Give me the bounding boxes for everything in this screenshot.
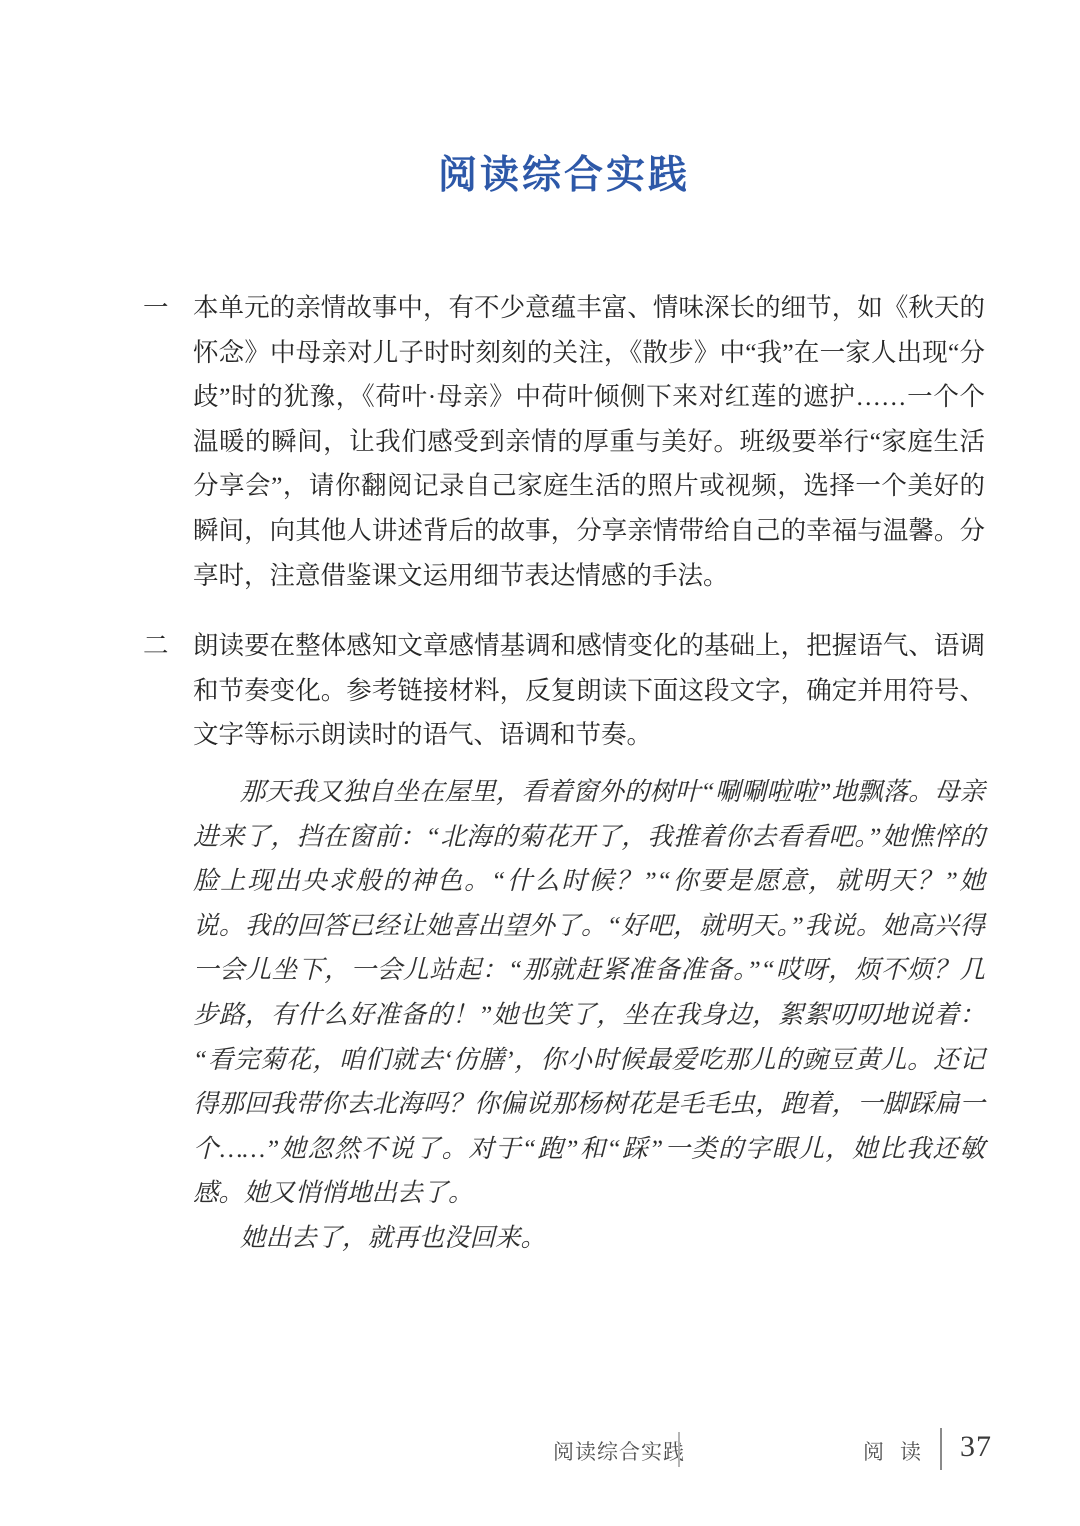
reading-passage-paragraph-2: 她出去了，就再也没回来。	[193, 1216, 985, 1261]
exercise-item-1: 一 本单元的亲情故事中，有不少意蕴丰富、情味深长的细节，如《秋天的怀念》中母亲对…	[143, 286, 985, 598]
page-footer: 阅读综合实践 阅读 37	[0, 1428, 1080, 1472]
exercise-item-2: 二 朗读要在整体感知文章感情基调和感情变化的基础上，把握语气、语调和节奏变化。参…	[143, 624, 985, 1260]
footer-unit-title: 阅读	[863, 1436, 937, 1466]
footer-page-number: 37	[960, 1430, 992, 1464]
page-content: 一 本单元的亲情故事中，有不少意蕴丰富、情味深长的细节，如《秋天的怀念》中母亲对…	[143, 286, 985, 1260]
textbook-page: 阅读综合实践 一 本单元的亲情故事中，有不少意蕴丰富、情味深长的细节，如《秋天的…	[0, 0, 1080, 1526]
footer-divider-right	[940, 1428, 942, 1470]
page-title: 阅读综合实践	[143, 150, 985, 202]
footer-divider-left	[678, 1432, 680, 1467]
item-2-body: 朗读要在整体感知文章感情基调和感情变化的基础上，把握语气、语调和节奏变化。参考链…	[193, 624, 985, 1260]
item-1-body: 本单元的亲情故事中，有不少意蕴丰富、情味深长的细节，如《秋天的怀念》中母亲对儿子…	[193, 286, 985, 598]
item-2-number: 二	[143, 624, 193, 669]
footer-section-title: 阅读综合实践	[553, 1436, 685, 1466]
item-2-text: 朗读要在整体感知文章感情基调和感情变化的基础上，把握语气、语调和节奏变化。参考链…	[193, 624, 985, 758]
item-1-text: 本单元的亲情故事中，有不少意蕴丰富、情味深长的细节，如《秋天的怀念》中母亲对儿子…	[193, 286, 985, 598]
item-1-number: 一	[143, 286, 193, 331]
reading-passage-paragraph-1: 那天我又独自坐在屋里，看着窗外的树叶“唰唰啦啦”地飘落。母亲进来了，挡在窗前：“…	[193, 770, 985, 1216]
